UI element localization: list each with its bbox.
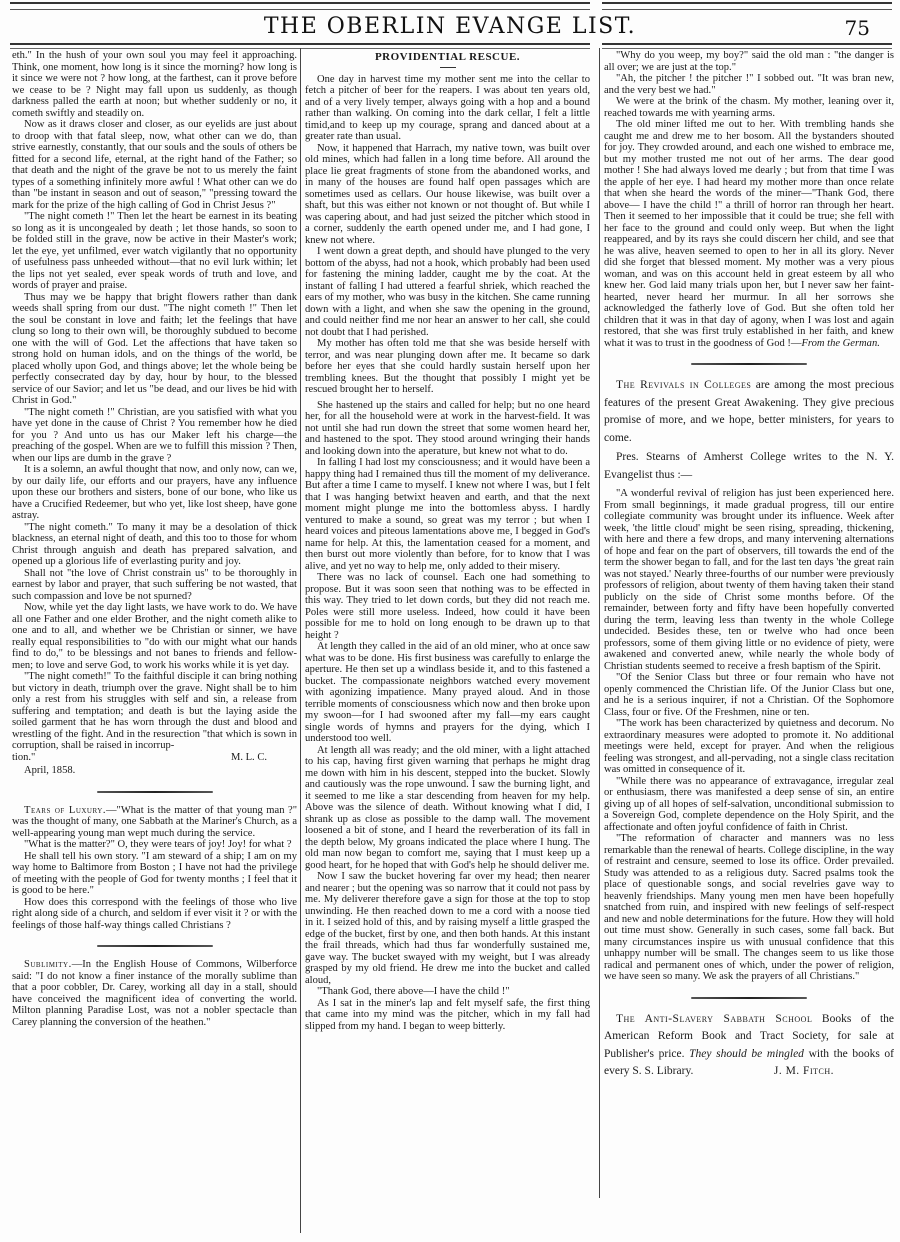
section-divider bbox=[97, 791, 213, 793]
paragraph: In falling I had lost my consciousness; … bbox=[305, 457, 590, 572]
column-rule-2 bbox=[599, 48, 600, 1198]
article-heading: Sublimity. bbox=[24, 959, 72, 970]
paragraph: eth." In the hush of your own soul you m… bbox=[12, 50, 297, 119]
quote-paragraph: "The reformation of character and manner… bbox=[604, 833, 894, 983]
paragraph: Now I saw the bucket hovering far over m… bbox=[305, 871, 590, 986]
column-left: eth." In the hush of your own soul you m… bbox=[12, 50, 297, 1028]
paragraph: One day in harvest time my mother sent m… bbox=[305, 74, 590, 143]
column-rule-1 bbox=[300, 48, 301, 1233]
paragraph: "The night cometh !" Christian, are you … bbox=[12, 407, 297, 465]
paragraph: Pres. Stearns of Amherst College writes … bbox=[604, 449, 894, 484]
article-heading: PROVIDENTIAL RESCUE. bbox=[305, 52, 590, 64]
notice-signature: J. M. Fitch. bbox=[762, 1063, 834, 1081]
section-divider bbox=[97, 945, 213, 947]
paragraph: "What is the matter?" O, they were tears… bbox=[12, 839, 297, 851]
paragraph: Now as it draws closer and closer, as ou… bbox=[12, 119, 297, 211]
signature-line: tion." M. L. C. bbox=[12, 752, 297, 764]
header-rule-right bbox=[602, 43, 892, 49]
top-border-left bbox=[10, 2, 590, 10]
paragraph: "The night cometh!" To the faithful disc… bbox=[12, 671, 297, 752]
source-attribution: From the German. bbox=[801, 338, 879, 349]
paragraph: At length they called in the aid of an o… bbox=[305, 641, 590, 745]
paragraph: "The night cometh." To many it may be a … bbox=[12, 522, 297, 568]
section-divider bbox=[691, 997, 807, 999]
paragraph: "Ah, the pitcher ! the pitcher !" I sobb… bbox=[604, 73, 894, 96]
paragraph: "Why do you weep, my boy?" said the old … bbox=[604, 50, 894, 73]
column-middle: PROVIDENTIAL RESCUE. One day in harvest … bbox=[305, 50, 590, 1032]
top-border-right bbox=[602, 2, 892, 10]
paragraph: As I sat in the miner's lap and felt mys… bbox=[305, 998, 590, 1033]
paragraph: It is a solemn, an awful thought that no… bbox=[12, 464, 297, 522]
newspaper-title: THE OBERLIN EVANGE LIST. bbox=[0, 14, 900, 39]
paragraph: The old miner lifted me out to her. With… bbox=[604, 119, 894, 349]
paragraph: At length all was ready; and the old min… bbox=[305, 745, 590, 872]
paragraph: Thus may we be happy that bright flowers… bbox=[12, 292, 297, 407]
paragraph: There was no lack of counsel. Each one h… bbox=[305, 572, 590, 641]
heading-dash bbox=[440, 67, 456, 68]
dateline: April, 1858. bbox=[12, 765, 297, 777]
paragraph: My mother has often told me that she was… bbox=[305, 338, 590, 396]
notice-emphasis: They should be mingled bbox=[689, 1048, 804, 1060]
article-heading: The Revivals in Colleges bbox=[616, 379, 751, 391]
article-sublimity: Sublimity.—In the English House of Commo… bbox=[12, 959, 297, 1028]
quote-paragraph: "The work has been characterized by quie… bbox=[604, 718, 894, 776]
article-tears-of-luxury: Tears of Luxury.—"What is the matter of … bbox=[12, 805, 297, 840]
article-revivals: The Revivals in Colleges are among the m… bbox=[604, 377, 894, 447]
quote-paragraph: "While there was no appearance of extrav… bbox=[604, 776, 894, 834]
masthead: THE OBERLIN EVANGE LIST. 75 bbox=[0, 12, 900, 40]
advertisement-notice: The Anti-Slavery Sabbath School Books of… bbox=[604, 1011, 894, 1081]
paragraph: Shall not "the love of Christ constrain … bbox=[12, 568, 297, 603]
quote-paragraph: "Of the Senior Class but three or four r… bbox=[604, 672, 894, 718]
paragraph: "The night cometh !" Then let the heart … bbox=[12, 211, 297, 292]
column-right: "Why do you weep, my boy?" said the old … bbox=[604, 50, 894, 1081]
paragraph-with-source: The old miner lifted me out to her. With… bbox=[604, 119, 894, 349]
paragraph: She hastened up the stairs and called fo… bbox=[305, 400, 590, 458]
paragraph: Now, while yet the day light lasts, we h… bbox=[12, 602, 297, 671]
section-divider bbox=[691, 363, 807, 365]
quote-paragraph: "A wonderful revival of religion has jus… bbox=[604, 488, 894, 672]
article-heading: Tears of Luxury. bbox=[24, 805, 106, 816]
paragraph-end: tion." bbox=[12, 752, 35, 764]
paragraph: He shall tell his own story. "I am stewa… bbox=[12, 851, 297, 897]
paragraph: "Thank God, there above—I have the child… bbox=[305, 986, 590, 998]
author-initials: M. L. C. bbox=[231, 752, 267, 764]
paragraph: I went down a great depth, and should ha… bbox=[305, 246, 590, 338]
paragraph: How does this correspond with the feelin… bbox=[12, 897, 297, 932]
paragraph: We were at the brink of the chasm. My mo… bbox=[604, 96, 894, 119]
page-number: 75 bbox=[845, 16, 870, 40]
article-heading: The Anti-Slavery Sabbath School bbox=[616, 1013, 812, 1025]
paragraph: Now, it happened that Harrach, my native… bbox=[305, 143, 590, 247]
